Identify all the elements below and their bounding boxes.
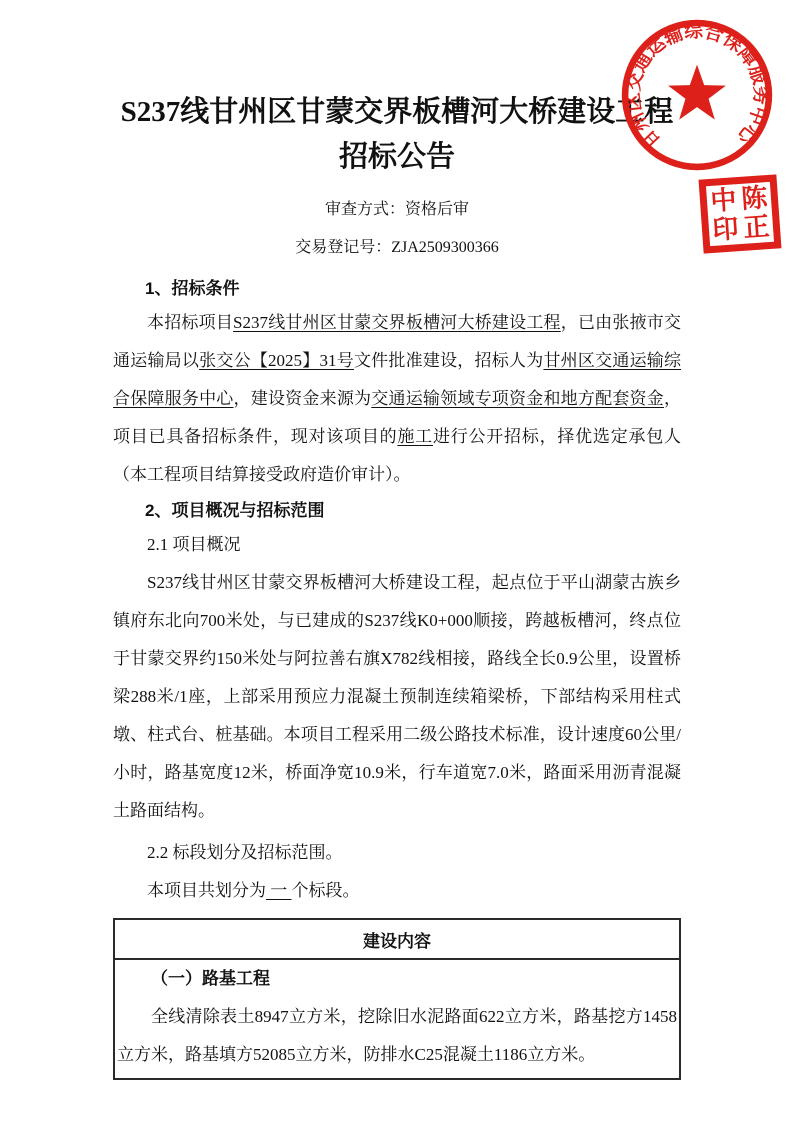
seal-char: 中 bbox=[710, 187, 738, 215]
lot-count-line: 本项目共划分为 一 个标段。 bbox=[113, 872, 681, 910]
text-run: 文件批准建设，招标人为 bbox=[354, 351, 543, 370]
personal-name-seal: 中 陈 印 正 bbox=[699, 174, 782, 253]
construction-content-table: 建设内容 （一）路基工程 全线清除表土8947立方米，挖除旧水泥路面622立方米… bbox=[113, 918, 681, 1080]
roadbed-works-heading: （一）路基工程 bbox=[117, 960, 677, 998]
seal-char: 陈 bbox=[741, 185, 769, 213]
table-header-row: 建设内容 bbox=[114, 919, 680, 959]
document-page: { "doc": { "title_line1": "S237线甘州区甘蒙交界板… bbox=[0, 0, 793, 1122]
registration-number-line: 交易登记号：ZJA2509300366 bbox=[113, 238, 681, 258]
table-row: （一）路基工程 全线清除表土8947立方米，挖除旧水泥路面622立方米，路基挖方… bbox=[114, 959, 680, 1079]
underlined-text-run: 交通运输领域专项资金和地方配套资金 bbox=[371, 389, 664, 408]
text-run: 本招标项目 bbox=[147, 313, 233, 332]
section-1-paragraph: 本招标项目S237线甘州区甘蒙交界板槽河大桥建设工程，已由张掖市交通运输局以张交… bbox=[113, 304, 681, 494]
text-run: 个标段。 bbox=[292, 881, 360, 900]
underlined-text-run: 施工 bbox=[397, 427, 433, 446]
document-content: S237线甘州区甘蒙交界板槽河大桥建设工程 招标公告 审查方式：资格后审 交易登… bbox=[113, 0, 681, 1080]
underlined-text-run: 一 bbox=[266, 881, 292, 900]
underlined-text-run: 张交公【2025】31号 bbox=[199, 351, 354, 370]
review-method-line: 审查方式：资格后审 bbox=[113, 200, 681, 220]
title-line-2: 招标公告 bbox=[113, 135, 681, 180]
text-run: 本项目共划分为 bbox=[147, 881, 266, 900]
text-run: ，建设资金来源为 bbox=[234, 389, 372, 408]
section-2-1-paragraph: S237线甘州区甘蒙交界板槽河大桥建设工程，起点位于平山湖蒙古族乡镇府东北向70… bbox=[113, 564, 681, 830]
star-icon bbox=[668, 65, 726, 120]
official-round-seal: 甘州区交通运输综合保障服务中心 bbox=[618, 16, 776, 174]
seal-char: 印 bbox=[712, 216, 740, 244]
title-line-1: S237线甘州区甘蒙交界板槽河大桥建设工程 bbox=[113, 90, 681, 135]
section-1-heading: 1、招标条件 bbox=[113, 274, 681, 304]
section-2-2-heading: 2.2 标段划分及招标范围。 bbox=[113, 834, 681, 872]
section-2-heading: 2、项目概况与招标范围 bbox=[113, 496, 681, 526]
roadbed-works-text: 全线清除表土8947立方米，挖除旧水泥路面622立方米，路基挖方1458立方米，… bbox=[117, 998, 677, 1074]
table-body-cell: （一）路基工程 全线清除表土8947立方米，挖除旧水泥路面622立方米，路基挖方… bbox=[114, 959, 680, 1079]
table-header-cell: 建设内容 bbox=[114, 919, 680, 959]
underlined-text-run: S237线甘州区甘蒙交界板槽河大桥建设工程 bbox=[233, 313, 561, 332]
section-2-1-heading: 2.1 项目概况 bbox=[113, 526, 681, 564]
document-title: S237线甘州区甘蒙交界板槽河大桥建设工程 招标公告 bbox=[113, 90, 681, 180]
seal-char: 正 bbox=[743, 214, 771, 242]
